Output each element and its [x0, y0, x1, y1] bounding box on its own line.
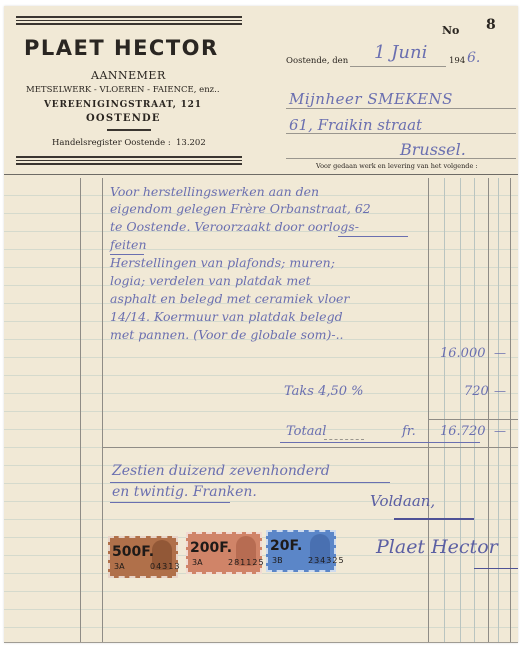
column-line	[498, 178, 499, 643]
column-line	[444, 178, 445, 643]
total-leader	[324, 439, 364, 440]
tax-cents: —	[494, 384, 506, 398]
paid-note: Voldaan,	[370, 492, 435, 510]
date-handwritten: 1 Juni	[374, 42, 427, 63]
company-name: PLAET HECTOR	[24, 36, 219, 60]
tax-label: Taks 4,50 %	[284, 384, 364, 399]
description-line: logia; verdelen van platdak met	[110, 273, 311, 288]
description-line: met pannen. (Voor de globale som)-..	[110, 327, 344, 342]
total-bottom-rule	[102, 447, 518, 448]
year-handwritten: 6.	[467, 50, 480, 66]
description-line: eigendom gelegen Frère Orbanstraat, 62	[110, 201, 371, 216]
company-services: METSELWERK - VLOEREN - FAIENCE, enz..	[26, 85, 220, 95]
invoice-number-label: No	[442, 24, 459, 37]
words-underline	[110, 482, 390, 483]
total-rule	[428, 419, 518, 420]
letterhead-rule	[16, 160, 242, 161]
invoice-number: 8	[486, 17, 496, 33]
column-line	[488, 178, 489, 643]
date-line	[350, 66, 446, 67]
company-title: AANNEMER	[91, 69, 166, 82]
stamp-code: 3B	[272, 556, 283, 565]
total-underline	[280, 442, 480, 443]
letterhead-rule	[16, 20, 242, 21]
letterhead-rule	[16, 163, 242, 165]
city-rule	[107, 129, 151, 131]
intro-text: Voor gedaan werk en levering van het vol…	[316, 162, 478, 170]
signature-underline	[474, 568, 518, 569]
company-city: OOSTENDE	[86, 113, 161, 124]
description-underline	[338, 236, 408, 237]
revenue-stamp: 20F. 3B 234325	[266, 530, 336, 572]
words-underline	[110, 502, 230, 503]
column-line	[102, 178, 103, 643]
description-line: Herstellingen van plafonds; muren;	[110, 255, 335, 270]
table-bottom-border	[4, 642, 518, 643]
column-line	[428, 178, 429, 643]
total-currency: fr.	[402, 424, 416, 439]
stamp-value: 200F.	[190, 540, 232, 556]
revenue-stamp: 500F. 3A 04313	[108, 536, 178, 578]
stamp-serial: 234325	[308, 556, 345, 565]
total-amount: 16.720	[440, 424, 486, 439]
letterhead-rule	[16, 23, 242, 25]
letterhead-rule	[16, 156, 242, 158]
description-line: feiten	[110, 237, 147, 252]
signature: Plaet Hector	[376, 536, 498, 558]
description-line: 14/14. Koermuur van platdak belegd	[110, 309, 343, 324]
register-number: 13.202	[176, 138, 206, 148]
line-item-cents: —	[494, 346, 506, 360]
column-line	[474, 178, 475, 643]
column-line	[80, 178, 81, 643]
register-label: Handelsregister Oostende :	[52, 138, 171, 148]
stamp-code: 3A	[192, 558, 203, 567]
letterhead-rule	[16, 16, 242, 18]
stamp-code: 3A	[114, 562, 125, 571]
tax-amount: 720	[464, 384, 489, 399]
stamp-serial: 281125	[228, 558, 265, 567]
line-item-amount: 16.000	[440, 346, 486, 361]
amount-in-words: en twintig. Franken.	[112, 484, 257, 500]
description-line: asphalt en belegd met ceramiek vloer	[110, 291, 349, 306]
year-printed: 194	[449, 56, 465, 66]
column-line	[510, 178, 511, 643]
revenue-stamp: 200F. 3A 281125	[186, 532, 262, 574]
invoice-paper: PLAET HECTOR AANNEMER METSELWERK - VLOER…	[4, 6, 518, 643]
recipient-street: 61, Fraikin straat	[289, 116, 422, 134]
place-date-label: Oostende, den	[286, 56, 348, 66]
stamp-value: 20F.	[270, 538, 302, 554]
stamp-serial: 04313	[150, 562, 180, 571]
total-cents: —	[494, 424, 506, 438]
stamp-value: 500F.	[112, 544, 154, 560]
company-street: VEREENIGINGSTRAAT, 121	[44, 100, 202, 110]
paid-underline	[394, 518, 474, 520]
recipient-city: Brussel.	[400, 140, 466, 159]
column-line	[460, 178, 461, 643]
amount-in-words: Zestien duizend zevenhonderd	[112, 463, 330, 479]
description-line: Voor herstellingswerken aan den	[110, 184, 319, 199]
table-top-border	[4, 174, 518, 175]
recipient-line	[286, 108, 516, 109]
total-label: Totaal	[286, 424, 326, 439]
recipient-name: Mijnheer SMEKENS	[289, 90, 453, 108]
description-line: te Oostende. Veroorzaakt door oorlogs-	[110, 219, 359, 234]
